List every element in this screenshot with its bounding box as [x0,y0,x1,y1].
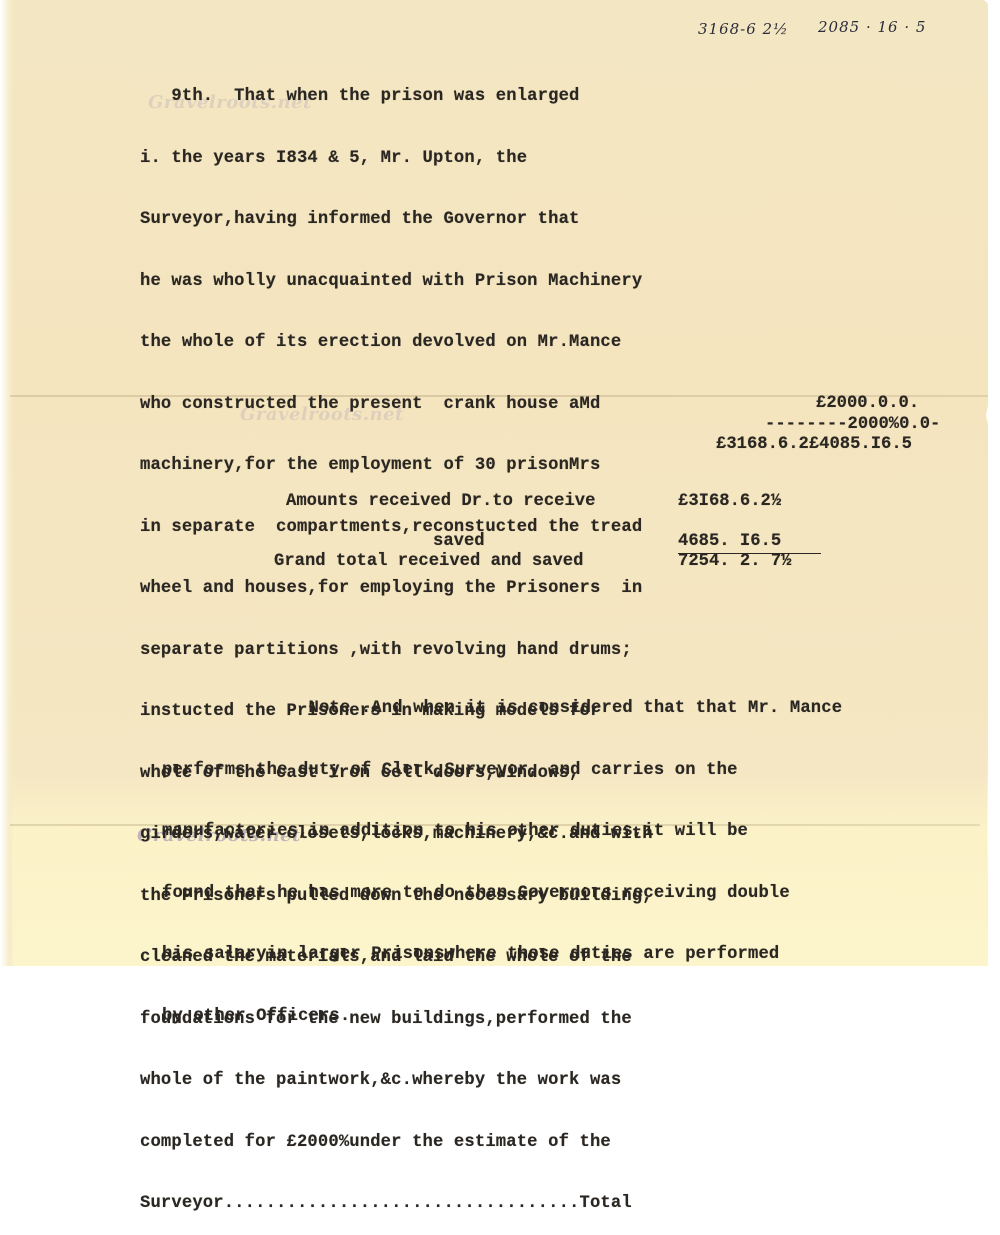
amount-saved: £2000.0.0. [816,394,919,415]
note-line: Note .And when it is considered that tha… [162,699,842,720]
saved-value: 4685. I6.5 [678,532,821,554]
received-label: Amounts received Dr.to receive [286,492,595,513]
torn-right-edge [986,0,1000,966]
paragraph-line: wheel and houses,for employing the Priso… [140,579,653,600]
note-line: found that he has more to do than Govern… [162,884,842,905]
paragraph-line: 9th. That when the prison was enlarged [140,87,653,108]
paragraph-line: in separate compartments,reconstucted th… [140,518,653,539]
paragraph-line: he was wholly unacquainted with Prison M… [140,272,653,293]
total-combined: £3168.6.2£4085.I6.5 [716,435,912,456]
paragraph-line: machinery,for the employment of 30 priso… [140,456,653,477]
grand-total-value: 7254. 2. 7½ [678,552,791,573]
total-struck-through: --------2000%0.0- [765,415,940,436]
grand-total-label: Grand total received and saved [274,552,583,573]
note-paragraph: Note .And when it is considered that tha… [162,658,842,966]
note-line: his salaryin larger Prisonswhere those d… [162,945,842,966]
paragraph-line: the whole of its erection devolved on Mr… [140,333,653,354]
paragraph-line: i. the years I834 & 5, Mr. Upton, the [140,149,653,170]
handwritten-annotation-right: 2085 · 16 · 5 [818,18,926,36]
saved-label: saved [433,532,485,553]
note-line: manufactories,in addition to his other d… [162,822,842,843]
paragraph-line: Surveyor,having informed the Governor th… [140,210,653,231]
handwritten-annotation-left: 3168-6 2½ [698,20,789,38]
paragraph-line: who constructed the present crank house … [140,395,653,416]
received-value: £3I68.6.2½ [678,492,781,513]
note-line: performs the duty of Clerk,Surveyor, and… [162,761,842,782]
